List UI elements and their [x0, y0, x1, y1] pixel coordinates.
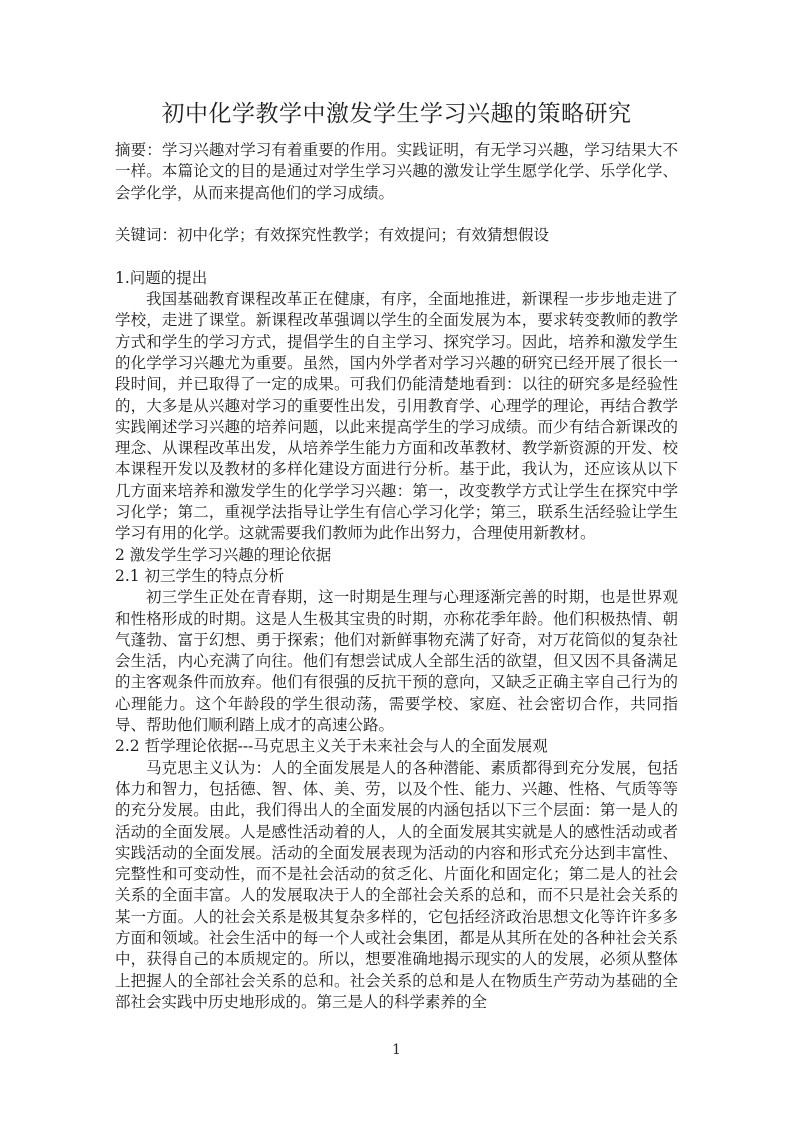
abstract-paragraph: 摘要：学习兴趣对学习有着重要的作用。实践证明，有无学习兴趣，学习结果大不一样。本…: [115, 140, 678, 204]
section-heading-2-2: 2.2 哲学理论依据---马克思主义关于未来社会与人的全面发展观: [115, 736, 678, 757]
section-heading-2-1: 2.1 初三学生的特点分析: [115, 566, 678, 587]
section-heading-1: 1.问题的提出: [115, 268, 678, 289]
section-paragraph: 初三学生正处在青春期，这一时期是生理与心理逐渐完善的时期，也是世界观和性格形成的…: [115, 587, 678, 736]
section-student-traits: 2.1 初三学生的特点分析 初三学生正处在青春期，这一时期是生理与心理逐渐完善的…: [115, 566, 678, 736]
section-heading-2: 2 激发学生学习兴趣的理论依据: [115, 545, 678, 566]
keywords-line: 关键词：初中化学；有效探究性教学；有效提问；有效猜想假设: [115, 225, 678, 246]
section-theory-basis: 2 激发学生学习兴趣的理论依据: [115, 545, 678, 566]
page-number: 1: [0, 1042, 793, 1058]
document-page: 初中化学教学中激发学生学习兴趣的策略研究 摘要：学习兴趣对学习有着重要的作用。实…: [0, 0, 793, 1122]
section-paragraph: 马克思主义认为：人的全面发展是人的各种潜能、素质都得到充分发展，包括体力和智力，…: [115, 758, 678, 1014]
section-philosophy-basis: 2.2 哲学理论依据---马克思主义关于未来社会与人的全面发展观 马克思主义认为…: [115, 736, 678, 1013]
section-paragraph: 我国基础教育课程改革正在健康，有序，全面地推进，新课程一步步地走进了学校，走进了…: [115, 289, 678, 545]
page-title: 初中化学教学中激发学生学习兴趣的策略研究: [115, 96, 678, 132]
document-content: 初中化学教学中激发学生学习兴趣的策略研究 摘要：学习兴趣对学习有着重要的作用。实…: [115, 96, 678, 1013]
section-problem: 1.问题的提出 我国基础教育课程改革正在健康，有序，全面地推进，新课程一步步地走…: [115, 268, 678, 545]
